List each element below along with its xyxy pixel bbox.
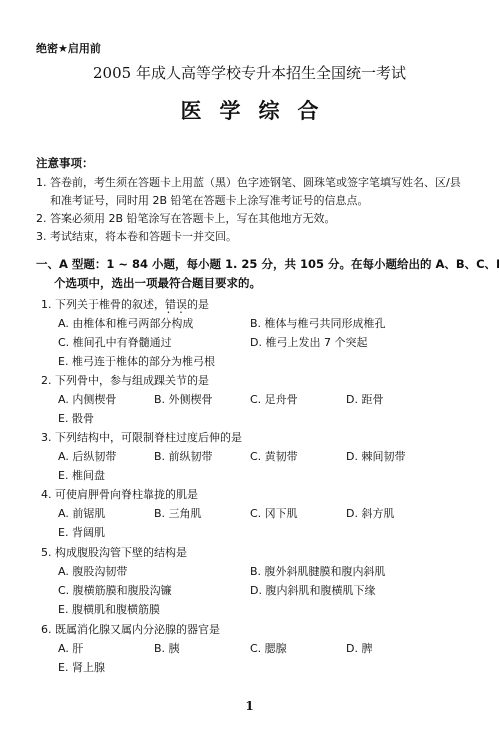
question-3-stem: 3. 下列结构中，可限制脊柱过度后伸的是 xyxy=(41,429,242,445)
question-4-option-b: B. 三角肌 xyxy=(154,505,202,521)
notice-heading: 注意事项： xyxy=(36,155,94,171)
question-5-option-c: C. 腹横筋膜和腹股沟镰 xyxy=(58,582,172,598)
question-4-option-e: E. 背阔肌 xyxy=(58,524,105,540)
question-4-option-d: D. 斜方肌 xyxy=(346,505,394,521)
notice-item-3: 3. 考试结束，将本卷和答题卡一并交回。 xyxy=(36,228,237,244)
question-3-option-b: B. 前纵韧带 xyxy=(154,448,213,464)
question-1-option-a: A. 由椎体和椎弓两部分构成 xyxy=(58,315,193,331)
question-1-stem-suffix: 的是 xyxy=(187,298,209,311)
question-1-option-c: C. 椎间孔中有脊髓通过 xyxy=(58,334,172,350)
page-number: 1 xyxy=(0,699,499,713)
question-6-option-b: B. 胰 xyxy=(154,640,180,656)
question-5-option-a: A. 腹股沟韧带 xyxy=(58,563,127,579)
notice-item-1-cont: 和准考证号，同时用 2B 铅笔在答题卡上涂写准考证号的信息点。 xyxy=(50,192,369,208)
question-3-option-e: E. 椎间盘 xyxy=(58,467,105,483)
question-2-option-a: A. 内侧楔骨 xyxy=(58,391,116,407)
question-3-option-c: C. 黄韧带 xyxy=(250,448,298,464)
question-5-option-b: B. 腹外斜肌腱膜和腹内斜肌 xyxy=(250,563,386,579)
subject-title: 医学综合 xyxy=(0,95,499,125)
question-2-option-c: C. 足舟骨 xyxy=(250,391,298,407)
question-2-option-e: E. 骰骨 xyxy=(58,410,94,426)
notice-item-1: 1. 答卷前，考生须在答题卡上用蓝（黑）色字迹钢笔、圆珠笔或签字笔填写姓名、区/… xyxy=(36,174,461,190)
question-2-option-d: D. 距骨 xyxy=(346,391,383,407)
question-6-option-d: D. 脾 xyxy=(346,640,372,656)
question-5-option-d: D. 腹内斜肌和腹横肌下缘 xyxy=(250,582,375,598)
question-6-stem: 6. 既属消化腺又属内分泌腺的器官是 xyxy=(41,621,220,637)
notice-item-2: 2. 答案必须用 2B 铅笔涂写在答题卡上，写在其他地方无效。 xyxy=(36,210,336,226)
question-1-option-b: B. 椎体与椎弓共同形成椎孔 xyxy=(250,315,386,331)
question-6-option-c: C. 腮腺 xyxy=(250,640,287,656)
question-4-option-a: A. 前锯肌 xyxy=(58,505,105,521)
question-2-stem: 2. 下列骨中，参与组成踝关节的是 xyxy=(41,372,209,388)
question-6-option-e: E. 肾上腺 xyxy=(58,659,105,675)
question-4-stem: 4. 可使肩胛骨向脊柱靠拢的肌是 xyxy=(41,486,198,502)
question-1-stem: 1. 下列关于椎骨的叙述，错误的是 xyxy=(41,296,209,312)
question-5-option-e: E. 腹横肌和腹横筋膜 xyxy=(58,601,160,617)
confidential-label: 绝密★启用前 xyxy=(36,40,101,56)
section-instructions-line1: 一、A 型题：1 ~ 84 小题，每小题 1. 25 分，共 105 分。在每小… xyxy=(36,256,499,272)
question-4-option-c: C. 冈下肌 xyxy=(250,505,298,521)
question-3-option-a: A. 后纵韧带 xyxy=(58,448,116,464)
exam-title: 2005 年成人高等学校专升本招生全国统一考试 xyxy=(0,62,499,83)
question-6-option-a: A. 肝 xyxy=(58,640,83,656)
question-1-option-e: E. 椎弓连于椎体的部分为椎弓根 xyxy=(58,353,215,369)
question-5-stem: 5. 构成腹股沟管下壁的结构是 xyxy=(41,544,187,560)
question-3-option-d: D. 棘间韧带 xyxy=(346,448,405,464)
question-1-emphasis: 错误 xyxy=(165,298,187,311)
section-instructions-line2: 个选项中，选出一项最符合题目要求的。 xyxy=(54,275,261,291)
question-2-option-b: B. 外侧楔骨 xyxy=(154,391,213,407)
question-1-option-d: D. 椎弓上发出 7 个突起 xyxy=(250,334,367,350)
question-1-stem-prefix: 1. 下列关于椎骨的叙述， xyxy=(41,298,165,311)
